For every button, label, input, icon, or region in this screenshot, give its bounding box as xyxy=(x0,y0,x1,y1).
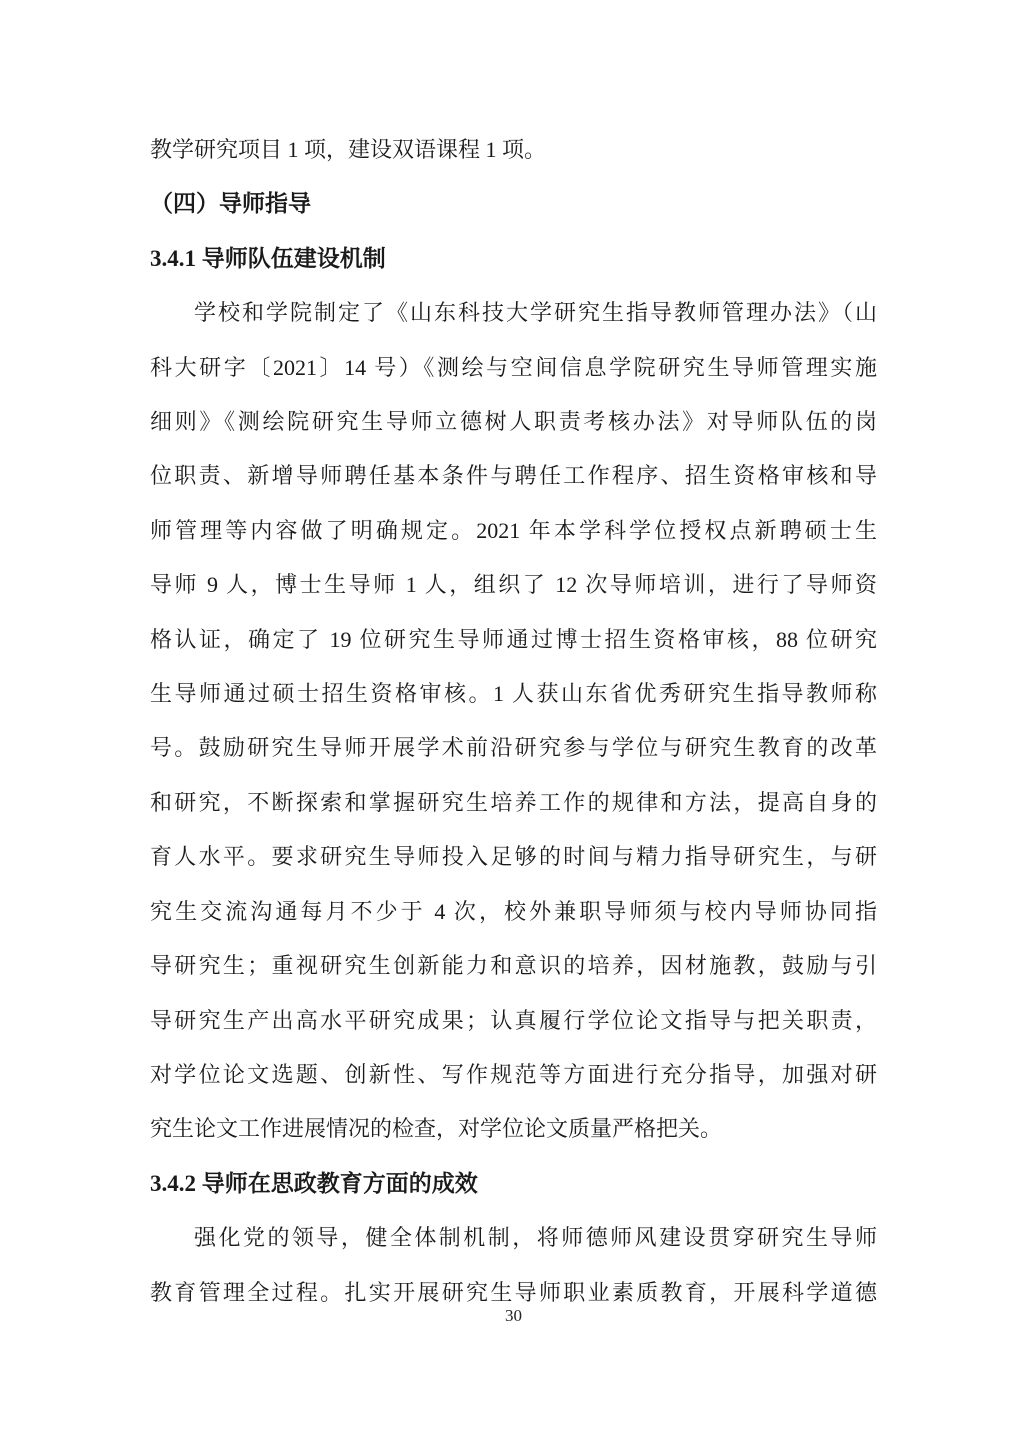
paragraph-line: 科大研字〔2021〕14 号）《测绘与空间信息学院研究生导师管理实施 xyxy=(150,341,877,395)
sub-heading-3-4-2: 3.4.2 导师在思政教育方面的成效 xyxy=(150,1157,877,1211)
document-page: 教学研究项目 1 项，建设双语课程 1 项。 （四）导师指导 3.4.1 导师队… xyxy=(0,0,1024,1448)
paragraph-line: 导师 9 人，博士生导师 1 人，组织了 12 次导师培训，进行了导师资 xyxy=(150,558,877,612)
section-heading-4-mentor-guidance: （四）导师指导 xyxy=(150,177,877,231)
paragraph-line: 强化党的领导，健全体制机制，将师德师风建设贯穿研究生导师 xyxy=(150,1211,877,1265)
paragraph-line: 育人水平。要求研究生导师投入足够的时间与精力指导研究生，与研 xyxy=(150,830,877,884)
paragraph-line: 对学位论文选题、创新性、写作规范等方面进行充分指导，加强对研 xyxy=(150,1048,877,1102)
paragraph-line: 号。鼓励研究生导师开展学术前沿研究参与学位与研究生教育的改革 xyxy=(150,721,877,775)
paragraph-line: 导研究生；重视研究生创新能力和意识的培养，因材施教，鼓励与引 xyxy=(150,939,877,993)
paragraph-3-4-2: 强化党的领导，健全体制机制，将师德师风建设贯穿研究生导师教育管理全过程。扎实开展… xyxy=(150,1211,877,1320)
sub-heading-3-4-1: 3.4.1 导师队伍建设机制 xyxy=(150,232,877,286)
paragraph-line: 细则》《测绘院研究生导师立德树人职责考核办法》对导师队伍的岗 xyxy=(150,395,877,449)
paragraph-line: 格认证，确定了 19 位研究生导师通过博士招生资格审核，88 位研究 xyxy=(150,613,877,667)
paragraph-line: 究生论文工作进展情况的检查，对学位论文质量严格把关。 xyxy=(150,1102,877,1156)
intro-continuation-line: 教学研究项目 1 项，建设双语课程 1 项。 xyxy=(150,123,877,177)
paragraph-line: 师管理等内容做了明确规定。2021 年本学科学位授权点新聘硕士生 xyxy=(150,504,877,558)
paragraph-line: 位职责、新增导师聘任基本条件与聘任工作程序、招生资格审核和导 xyxy=(150,449,877,503)
paragraph-line: 生导师通过硕士招生资格审核。1 人获山东省优秀研究生指导教师称 xyxy=(150,667,877,721)
paragraph-line: 导研究生产出高水平研究成果；认真履行学位论文指导与把关职责， xyxy=(150,994,877,1048)
paragraph-line: 究生交流沟通每月不少于 4 次，校外兼职导师须与校内导师协同指 xyxy=(150,885,877,939)
paragraph-3-4-1: 学校和学院制定了《山东科技大学研究生指导教师管理办法》（山科大研字〔2021〕1… xyxy=(150,286,877,1157)
paragraph-line: 学校和学院制定了《山东科技大学研究生指导教师管理办法》（山 xyxy=(150,286,877,340)
paragraph-line: 和研究，不断探索和掌握研究生培养工作的规律和方法，提高自身的 xyxy=(150,776,877,830)
